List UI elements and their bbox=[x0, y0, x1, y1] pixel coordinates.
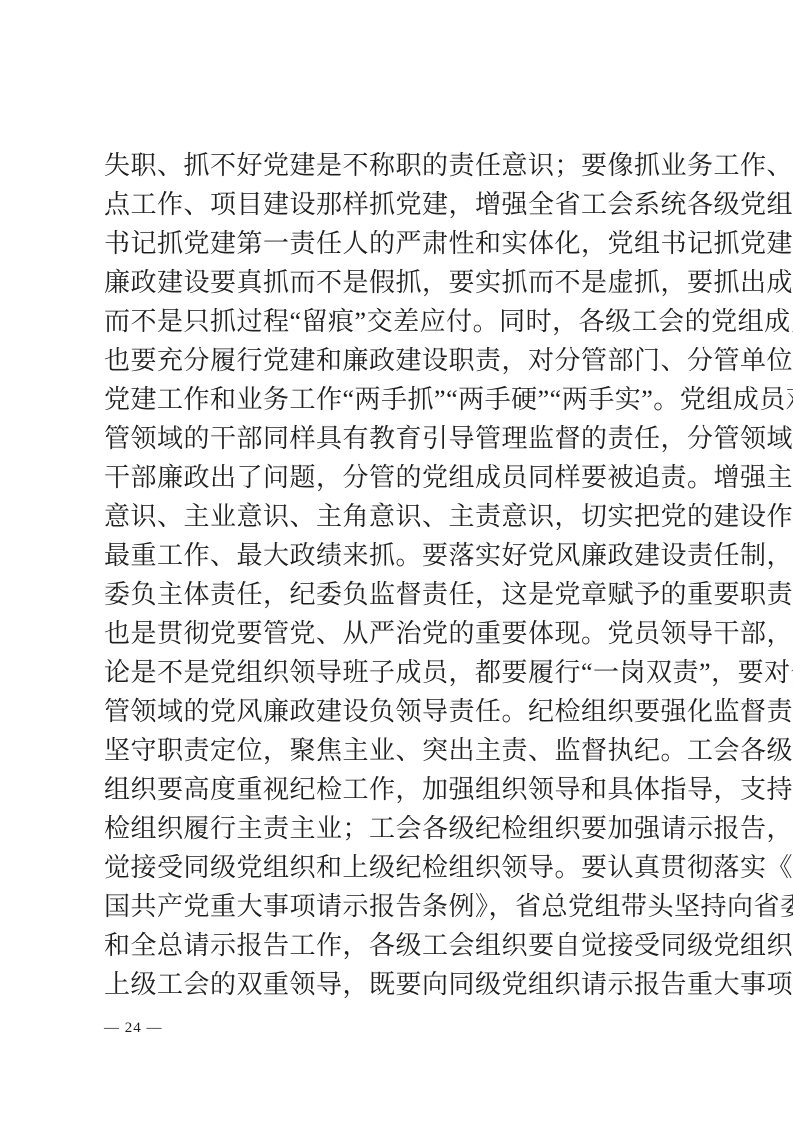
text-line: 干部廉政出了问题，分管的党组成员同样要被追责。增强主动 bbox=[104, 458, 692, 497]
text-line: 廉政建设要真抓而不是假抓，要实抓而不是虚抓，要抓出成效 bbox=[104, 263, 692, 302]
page-number: — 24 — bbox=[104, 1020, 163, 1037]
text-line: 论是不是党组织领导班子成员，都要履行“一岗双责”，要对分 bbox=[104, 653, 692, 692]
text-line: 组织要高度重视纪检工作，加强组织领导和具体指导，支持纪 bbox=[104, 770, 692, 809]
text-line: 也是贯彻党要管党、从严治党的重要体现。党员领导干部，无 bbox=[104, 614, 692, 653]
text-line: 坚守职责定位，聚焦主业、突出主责、监督执纪。工会各级党 bbox=[104, 731, 692, 770]
text-line: 国共产党重大事项请示报告条例》，省总党组带头坚持向省委 bbox=[104, 887, 692, 926]
text-line: 意识、主业意识、主角意识、主责意识，切实把党的建设作为 bbox=[104, 497, 692, 536]
text-line: 和全总请示报告工作，各级工会组织要自觉接受同级党组织和 bbox=[104, 926, 692, 965]
text-line: 觉接受同级党组织和上级纪检组织领导。要认真贯彻落实《中 bbox=[104, 848, 692, 887]
text-line: 上级工会的双重领导，既要向同级党组织请示报告重大事项， bbox=[104, 965, 692, 1004]
text-line: 点工作、项目建设那样抓党建，增强全省工会系统各级党组织 bbox=[104, 185, 692, 224]
text-line: 检组织履行主责主业；工会各级纪检组织要加强请示报告，自 bbox=[104, 809, 692, 848]
text-line: 管领域的党风廉政建设负领导责任。纪检组织要强化监督责任， bbox=[104, 692, 692, 731]
text-line: 最重工作、最大政绩来抓。要落实好党风廉政建设责任制，党 bbox=[104, 536, 692, 575]
text-line: 失职、抓不好党建是不称职的责任意识；要像抓业务工作、重 bbox=[104, 146, 692, 185]
document-page: 失职、抓不好党建是不称职的责任意识；要像抓业务工作、重 点工作、项目建设那样抓党… bbox=[0, 0, 793, 1122]
text-line: 而不是只抓过程“留痕”交差应付。同时，各级工会的党组成员 bbox=[104, 302, 692, 341]
text-line: 书记抓党建第一责任人的严肃性和实体化，党组书记抓党建和 bbox=[104, 224, 692, 263]
text-line: 管领域的干部同样具有教育引导管理监督的责任，分管领域的 bbox=[104, 419, 692, 458]
text-line: 也要充分履行党建和廉政建设职责，对分管部门、分管单位的 bbox=[104, 341, 692, 380]
text-line: 委负主体责任，纪委负监督责任，这是党章赋予的重要职责， bbox=[104, 575, 692, 614]
text-line: 党建工作和业务工作“两手抓”“两手硬”“两手实”。党组成员对分 bbox=[104, 380, 692, 419]
body-text: 失职、抓不好党建是不称职的责任意识；要像抓业务工作、重 点工作、项目建设那样抓党… bbox=[104, 146, 692, 1004]
